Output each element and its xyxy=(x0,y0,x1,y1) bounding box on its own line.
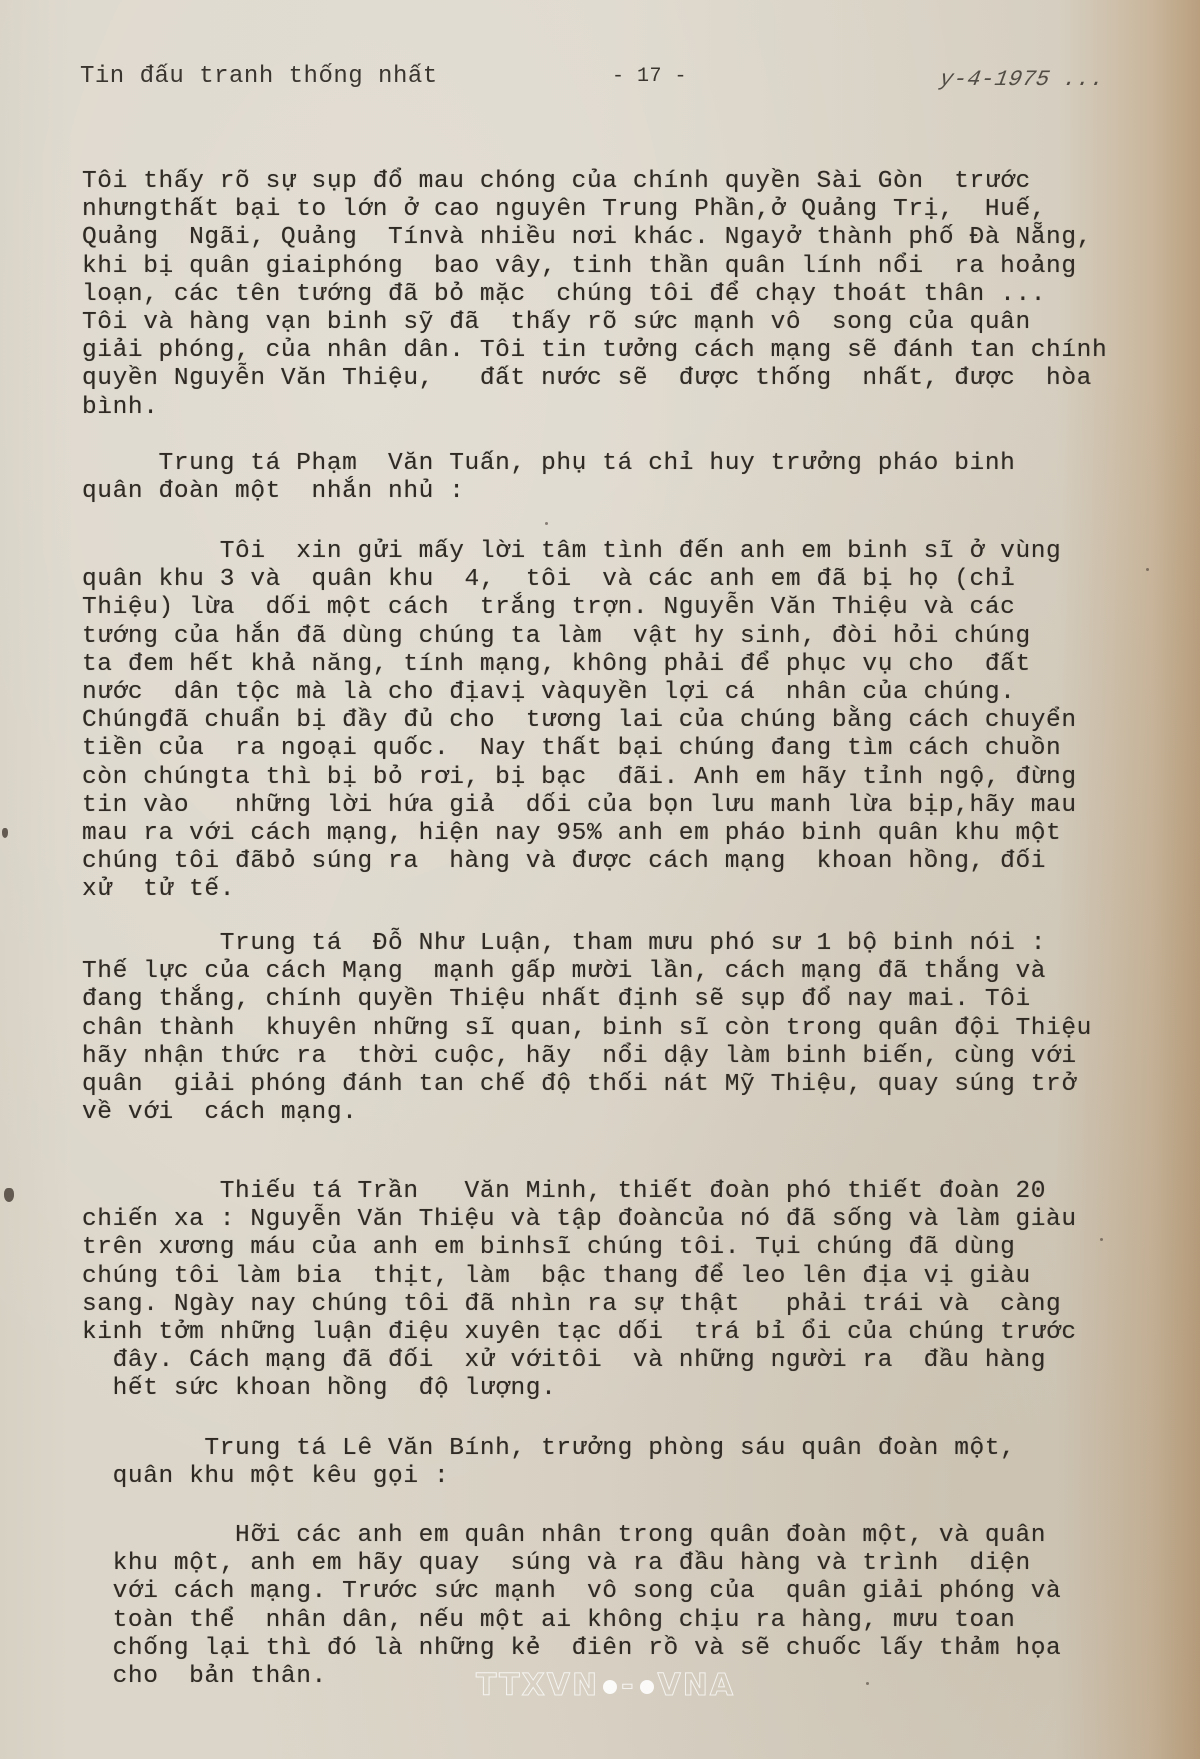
text-line: Tôi xin gửi mấy lời tâm tình đến anh em … xyxy=(82,538,1182,566)
text-line: chiến xa : Nguyễn Văn Thiệu và tập đoànc… xyxy=(82,1206,1182,1234)
header-date: y-4-1975 ... xyxy=(938,67,1107,92)
text-line: chống lại thì đó là những kẻ điên rồ và … xyxy=(82,1635,1182,1663)
text-line: hãy nhận thức ra thời cuộc, hãy nổi dậy … xyxy=(82,1043,1182,1071)
header-title: Tin đấu tranh thống nhất xyxy=(80,63,438,90)
text-line: xử tử tế. xyxy=(82,876,1182,904)
text-line: trên xương máu của anh em binhsĩ chúng t… xyxy=(82,1234,1182,1262)
scanned-document-page: Tin đấu tranh thống nhất - 17 - y-4-1975… xyxy=(0,0,1200,1759)
text-line: sang. Ngày nay chúng tôi đã nhìn ra sự t… xyxy=(82,1291,1182,1319)
text-line: giải phóng, của nhân dân. Tôi tin tưởng … xyxy=(82,337,1182,365)
text-line: kinh tởm những luận điệu xuyên tạc dối t… xyxy=(82,1319,1182,1347)
text-line: tin vào những lời hứa giả dối của bọn lư… xyxy=(82,792,1182,820)
paragraph-pham-van-tuan-intro: Trung tá Phạm Văn Tuấn, phụ tá chỉ huy t… xyxy=(82,450,1182,506)
text-line: về với cách mạng. xyxy=(82,1099,1182,1127)
paragraph-tran-van-minh: Thiếu tá Trần Văn Minh, thiết đoàn phó t… xyxy=(82,1178,1182,1404)
text-line: bình. xyxy=(82,394,1182,422)
text-line: Hỡi các anh em quân nhân trong quân đoàn… xyxy=(82,1522,1182,1550)
paragraph-do-nhu-luan: Trung tá Đỗ Như Luận, tham mưu phó sư 1 … xyxy=(82,930,1182,1127)
text-line: quyền Nguyễn Văn Thiệu, đất nước sẽ được… xyxy=(82,365,1182,393)
text-line: đang thắng, chính quyền Thiệu nhất định … xyxy=(82,986,1182,1014)
text-line: Thế lực của cách Mạng mạnh gấp mười lần,… xyxy=(82,958,1182,986)
text-line: chân thành khuyên những sĩ quan, binh sĩ… xyxy=(82,1015,1182,1043)
text-line: Thiếu tá Trần Văn Minh, thiết đoàn phó t… xyxy=(82,1178,1182,1206)
text-line: còn chúngta thì bị bỏ rơi, bị bạc đãi. A… xyxy=(82,764,1182,792)
text-line: quân khu một kêu gọi : xyxy=(82,1463,1182,1491)
text-line: tiền của ra ngoại quốc. Nay thất bại chú… xyxy=(82,735,1182,763)
text-line: Tôi và hàng vạn binh sỹ đã thấy rõ sức m… xyxy=(82,309,1182,337)
text-line: Quảng Ngãi, Quảng Tínvà nhiều nơi khác. … xyxy=(82,224,1182,252)
page-number: - 17 - xyxy=(612,65,687,88)
text-line: Chúngđã chuẩn bị đầy đủ cho tương lai củ… xyxy=(82,707,1182,735)
text-line: nhưngthất bại to lớn ở cao nguyên Trung … xyxy=(82,196,1182,224)
binder-hole-mark xyxy=(2,828,8,838)
text-line: loạn, các tên tướng đã bỏ mặc chúng tôi … xyxy=(82,281,1182,309)
text-line: quân đoàn một nhắn nhủ : xyxy=(82,478,1182,506)
watermark-left: TTXVN xyxy=(476,1668,599,1703)
text-line: quân giải phóng đánh tan chế độ thối nát… xyxy=(82,1071,1182,1099)
ink-speck xyxy=(1146,568,1149,571)
text-line: Trung tá Phạm Văn Tuấn, phụ tá chỉ huy t… xyxy=(82,450,1182,478)
text-line: Trung tá Lê Văn Bính, trưởng phòng sáu q… xyxy=(82,1435,1182,1463)
text-line: Thiệu) lừa dối một cách trắng trợn. Nguy… xyxy=(82,594,1182,622)
text-line: chúng tôi đãbỏ súng ra hàng và được cách… xyxy=(82,848,1182,876)
text-line: nước dân tộc mà là cho địavị vàquyền lợi… xyxy=(82,679,1182,707)
text-line: ta đem hết khả năng, tính mạng, không ph… xyxy=(82,651,1182,679)
text-line: chúng tôi làm bia thịt, làm bậc thang để… xyxy=(82,1263,1182,1291)
paragraph-saigon-collapse: Tôi thấy rõ sự sụp đổ mau chóng của chín… xyxy=(82,168,1182,422)
globe-icon xyxy=(603,1680,617,1694)
binder-hole-mark xyxy=(4,1188,14,1202)
text-line: khi bị quân giaiphóng bao vây, tinh thần… xyxy=(82,253,1182,281)
paragraph-le-van-binh-message: Hỡi các anh em quân nhân trong quân đoàn… xyxy=(82,1522,1182,1691)
text-line: với cách mạng. Trước sức mạnh vô song củ… xyxy=(82,1578,1182,1606)
watermark-right: VNA xyxy=(658,1668,736,1703)
text-line: Trung tá Đỗ Như Luận, tham mưu phó sư 1 … xyxy=(82,930,1182,958)
paragraph-le-van-binh-intro: Trung tá Lê Văn Bính, trưởng phòng sáu q… xyxy=(82,1435,1182,1491)
paragraph-pham-van-tuan-message: Tôi xin gửi mấy lời tâm tình đến anh em … xyxy=(82,538,1182,904)
text-line: khu một, anh em hãy quay súng và ra đầu … xyxy=(82,1550,1182,1578)
text-line: hết sức khoan hồng độ lượng. xyxy=(82,1375,1182,1403)
text-line: tướng của hắn đã dùng chúng ta làm vật h… xyxy=(82,623,1182,651)
text-line: quân khu 3 và quân khu 4, tôi và các anh… xyxy=(82,566,1182,594)
globe-icon xyxy=(640,1680,654,1694)
document-header: Tin đấu tranh thống nhất - 17 - y-4-1975… xyxy=(80,63,1140,103)
text-line: Tôi thấy rõ sự sụp đổ mau chóng của chín… xyxy=(82,168,1182,196)
ttxvn-vna-watermark: TTXVN-VNA xyxy=(476,1668,735,1703)
text-line: đây. Cách mạng đã đối xử vớitôi và những… xyxy=(82,1347,1182,1375)
ink-speck xyxy=(1100,1238,1103,1241)
ink-speck xyxy=(866,1682,869,1685)
text-line: toàn thể nhân dân, nếu một ai không chịu… xyxy=(82,1607,1182,1635)
ink-speck xyxy=(545,522,548,525)
text-line: mau ra với cách mạng, hiện nay 95% anh e… xyxy=(82,820,1182,848)
watermark-separator: - xyxy=(621,1668,635,1703)
